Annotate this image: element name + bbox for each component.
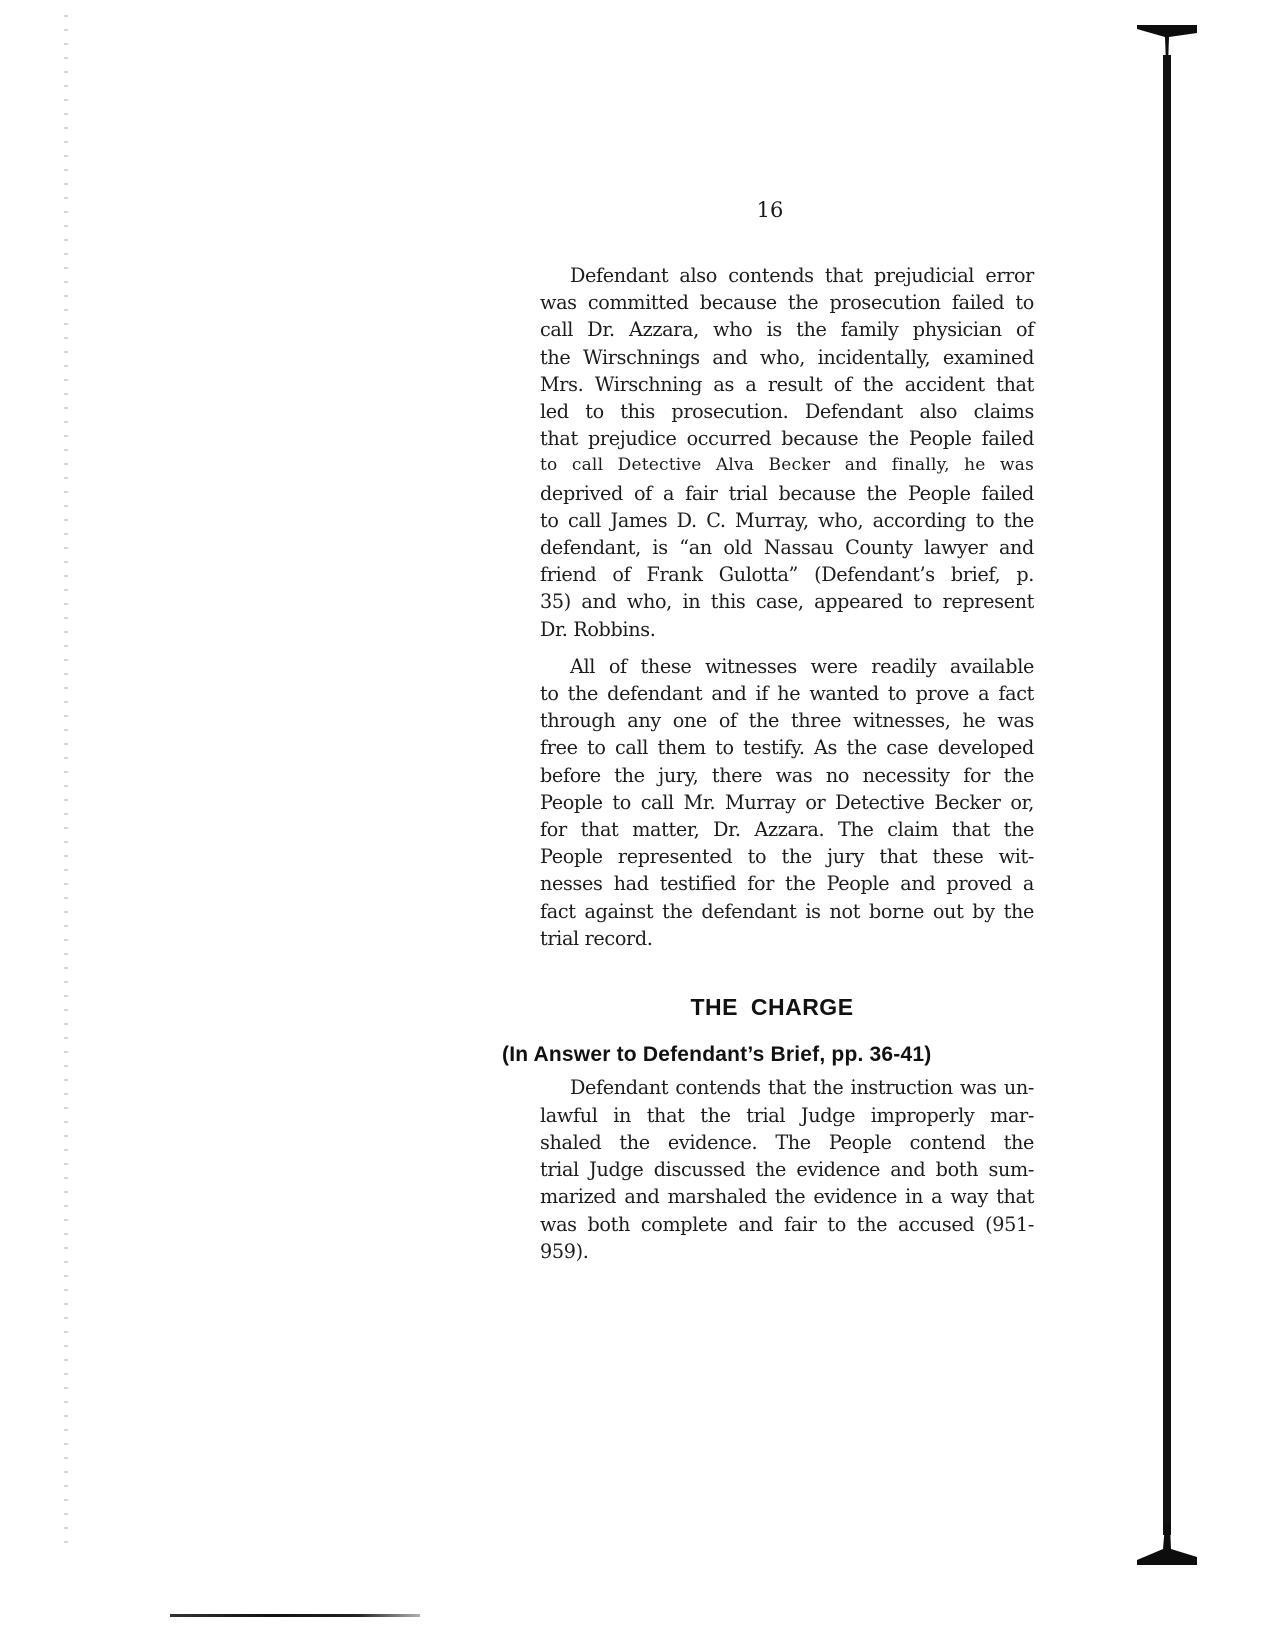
binding-edge-rule — [1137, 25, 1197, 1565]
text-line: to the defendant and if he wanted to pro… — [510, 680, 1034, 707]
text-line: through any one of the three witnesses, … — [510, 707, 1034, 734]
scan-margin-artifact — [64, 15, 68, 1545]
text-line: call Dr. Azzara, who is the family physi… — [510, 316, 1034, 343]
text-line: 35) and who, in this case, appeared to r… — [510, 588, 1034, 615]
text-line: Defendant also contends that prejudicial… — [510, 262, 1034, 289]
section-heading: THE CHARGE — [510, 994, 1034, 1021]
text-line: shaled the evidence. The People contend … — [510, 1129, 1034, 1156]
text-line: the Wirschnings and who, incidentally, e… — [510, 344, 1034, 371]
text-line: People to call Mr. Murray or Detective B… — [510, 789, 1034, 816]
text-line: to call Detective Alva Becker and finall… — [510, 452, 1034, 479]
page-number: 16 — [740, 198, 800, 222]
text-line: marized and marshaled the evidence in a … — [510, 1183, 1034, 1210]
text-line: Mrs. Wirschning as a result of the accid… — [510, 371, 1034, 398]
text-line: lawful in that the trial Judge improperl… — [510, 1102, 1034, 1129]
text-line: led to this prosecution. Defendant also … — [510, 398, 1034, 425]
text-line: nesses had testified for the People and … — [510, 870, 1034, 897]
paragraph-charge: Defendant contends that the instruction … — [510, 1074, 1034, 1264]
bottom-rule — [170, 1614, 420, 1617]
section-subheading: (In Answer to Defendant’s Brief, pp. 36-… — [502, 1041, 1034, 1068]
text-line: that prejudice occurred because the Peop… — [510, 425, 1034, 452]
text-line: deprived of a fair trial because the Peo… — [510, 480, 1034, 507]
text-line: People represented to the jury that thes… — [510, 843, 1034, 870]
paragraph-witnesses-available: All of these witnesses were readily avai… — [510, 653, 1034, 952]
text-line: before the jury, there was no necessity … — [510, 762, 1034, 789]
document-page: 16 Defendant also contends that prejudic… — [0, 0, 1275, 1650]
text-line: trial Judge discussed the evidence and b… — [510, 1156, 1034, 1183]
text-line: free to call them to testify. As the cas… — [510, 734, 1034, 761]
text-line: friend of Frank Gulotta” (Defendant’s br… — [510, 561, 1034, 588]
text-line: was both complete and fair to the accuse… — [510, 1211, 1034, 1238]
text-line: 959). — [510, 1238, 1034, 1265]
paragraph-witnesses-claim: Defendant also contends that prejudicial… — [510, 262, 1034, 643]
text-column: Defendant also contends that prejudicial… — [510, 262, 1034, 1265]
text-line: defendant, is “an old Nassau County lawy… — [510, 534, 1034, 561]
text-line: for that matter, Dr. Azzara. The claim t… — [510, 816, 1034, 843]
text-line: to call James D. C. Murray, who, accordi… — [510, 507, 1034, 534]
text-line: was committed because the prosecution fa… — [510, 289, 1034, 316]
text-line: All of these witnesses were readily avai… — [510, 653, 1034, 680]
text-line: fact against the defendant is not borne … — [510, 898, 1034, 925]
text-line: trial record. — [510, 925, 1034, 952]
text-line: Defendant contends that the instruction … — [510, 1074, 1034, 1101]
text-line: Dr. Robbins. — [510, 616, 1034, 643]
